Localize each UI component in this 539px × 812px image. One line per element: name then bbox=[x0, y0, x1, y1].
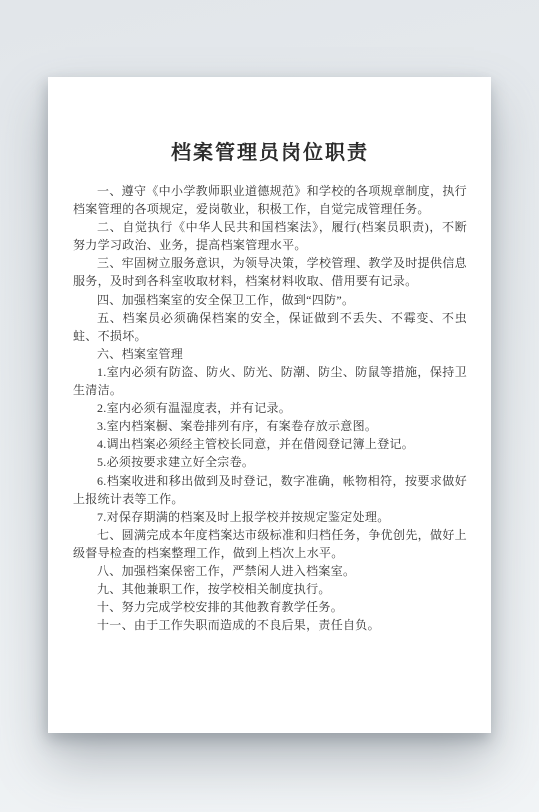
paragraph: 十、努力完成学校安排的其他教育教学任务。 bbox=[73, 598, 467, 616]
document-body: 一、遵守《中小学教师职业道德规范》和学校的各项规章制度，执行档案管理的各项规定，… bbox=[73, 182, 467, 634]
paragraph: 四、加强档案室的安全保卫工作，做到“四防”。 bbox=[73, 291, 467, 309]
paragraph: 六、档案室管理 bbox=[73, 345, 467, 363]
paragraph: 二、自觉执行《中华人民共和国档案法》，履行(档案员职责)，不断努力学习政治、业务… bbox=[73, 218, 467, 254]
paragraph: 7.对保存期满的档案及时上报学校并按规定鉴定处理。 bbox=[73, 508, 467, 526]
paragraph: 九、其他兼职工作，按学校相关制度执行。 bbox=[73, 580, 467, 598]
paragraph: 三、牢固树立服务意识，为领导决策，学校管理、教学及时提供信息服务，及时到各科室收… bbox=[73, 254, 467, 290]
paragraph: 一、遵守《中小学教师职业道德规范》和学校的各项规章制度，执行档案管理的各项规定，… bbox=[73, 182, 467, 218]
paragraph: 4.调出档案必须经主管校长同意，并在借阅登记簿上登记。 bbox=[73, 435, 467, 453]
paragraph: 十一、由于工作失职而造成的不良后果，责任自负。 bbox=[73, 616, 467, 634]
paragraph: 七、圆满完成本年度档案达市级标准和归档任务，争优创先，做好上级督导检查的档案整理… bbox=[73, 526, 467, 562]
paragraph: 1.室内必须有防盗、防火、防光、防潮、防尘、防鼠等措施，保持卫生清洁。 bbox=[73, 363, 467, 399]
document-title: 档案管理员岗位职责 bbox=[73, 140, 467, 166]
desk-background: 档案管理员岗位职责 一、遵守《中小学教师职业道德规范》和学校的各项规章制度，执行… bbox=[0, 0, 539, 812]
paragraph: 3.室内档案橱、案卷排列有序，有案卷存放示意图。 bbox=[73, 417, 467, 435]
paragraph: 5.必须按要求建立好全宗卷。 bbox=[73, 453, 467, 471]
paragraph: 2.室内必须有温湿度表，并有记录。 bbox=[73, 399, 467, 417]
paragraph: 6.档案收进和移出做到及时登记，数字准确，帐物相符，按要求做好上报统计表等工作。 bbox=[73, 472, 467, 508]
document-page: 档案管理员岗位职责 一、遵守《中小学教师职业道德规范》和学校的各项规章制度，执行… bbox=[48, 77, 491, 733]
paragraph: 五、档案员必须确保档案的安全，保证做到不丢失、不霉变、不虫蛀、不损坏。 bbox=[73, 309, 467, 345]
paragraph: 八、加强档案保密工作，严禁闲人进入档案室。 bbox=[73, 562, 467, 580]
